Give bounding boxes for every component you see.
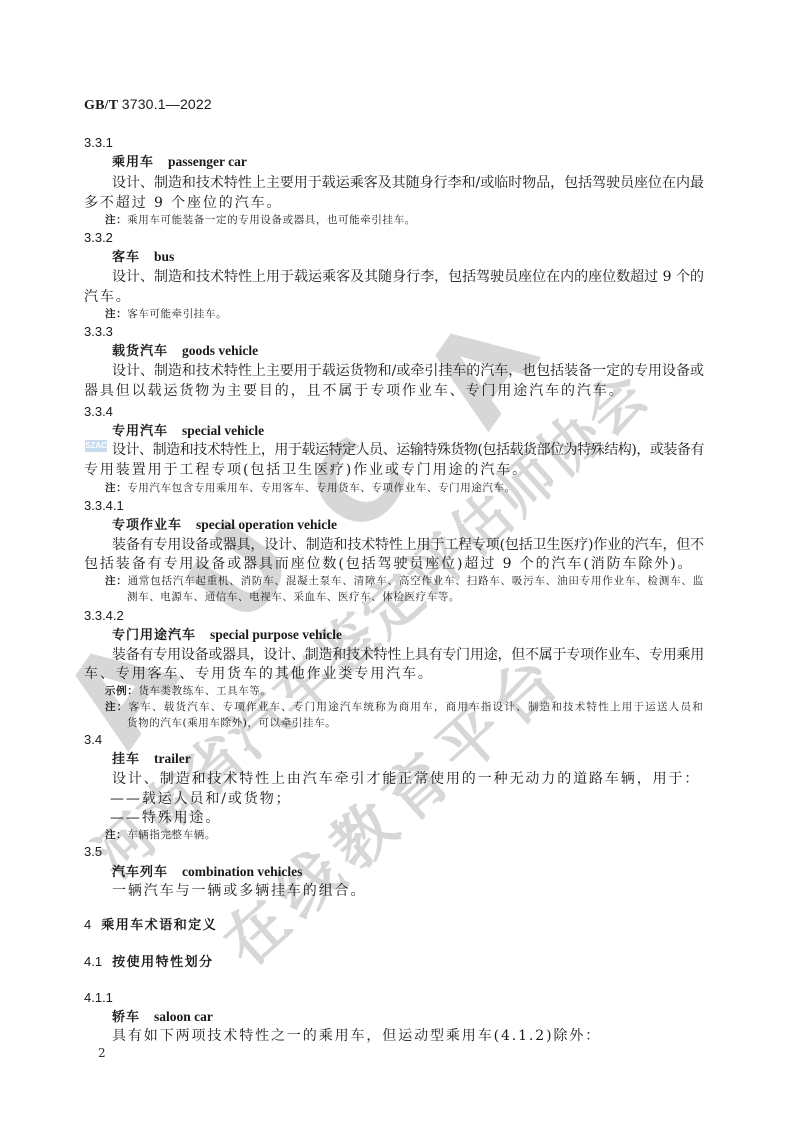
note-continuation: 货物的汽车(乘用车除外)，可以牵引挂车。 [127, 718, 336, 729]
definition-text: 具有如下两项技术特性之一的乘用车，但运动型乘用车(4.1.2)除外： [112, 1029, 601, 1043]
definition-text: 包括装备有专用设备或器具而座位数(包括驾驶员座位)超过 9 个的汽车(消防车除外… [84, 557, 693, 571]
clause-number: 3.3.3 [84, 325, 113, 338]
note-label: 注： [105, 308, 127, 320]
note: 注：客车、载货汽车、专项作业车、专门用途汽车统称为商用车，商用车指设计、制造和技… [105, 702, 704, 713]
term-en: bus [154, 249, 174, 264]
definition-text: 一辆汽车与一辆或多辆挂车的组合。 [112, 884, 366, 898]
definition-text: 设计、制造和技术特性上主要用于载运货物和/或牵引挂车的汽车，也包括装备一定的专用… [112, 364, 704, 378]
term-heading: 乘用车passenger car [112, 155, 247, 169]
chapter-heading: 4乘用车术语和定义 [84, 918, 217, 932]
page-number: 2 [98, 1047, 106, 1059]
term-zh: 专门用途汽车 [112, 628, 196, 643]
note: 注：专用汽车包含专用乘用车、专用客车、专用货车、专项作业车、专门用途汽车。 [105, 483, 516, 494]
definition-text: 汽车。 [84, 290, 132, 304]
document-page: A U C A 河南省汽车鉴定评估师协会 在线教育平台 SZAC GB/T 37… [0, 0, 800, 1131]
note: 注：客车可能牵引挂车。 [105, 309, 227, 320]
term-zh: 客车 [112, 250, 140, 265]
clause-number: 3.4 [84, 733, 102, 746]
definition-text: 多不超过 9 个座位的汽车。 [84, 196, 282, 210]
definition-text: 器具但以载运货物为主要目的，且不属于专项作业车、专门用途汽车的汽车。 [84, 384, 625, 398]
clause-number: 3.3.2 [84, 231, 113, 244]
term-heading: 专项作业车special operation vehicle [112, 518, 337, 532]
term-heading: 专用汽车special vehicle [112, 424, 264, 438]
example: 示例：货车类教练车、工具车等。 [105, 686, 272, 697]
standard-number: 3730.1—2022 [122, 96, 212, 112]
term-en: trailer [154, 751, 191, 766]
note-label: 注： [105, 482, 127, 494]
term-heading: 轿车saloon car [112, 1010, 213, 1024]
example-text: 货车类教练车、工具车等。 [138, 685, 271, 697]
term-heading: 专门用途汽车special purpose vehicle [112, 628, 342, 642]
definition-text: 设计、制造和技术特性上用于载运乘客及其随身行李，包括驾驶员座位在内的座位数超过 … [112, 270, 704, 284]
standard-id: GB/T 3730.1—2022 [84, 97, 212, 113]
term-en: passenger car [168, 154, 247, 169]
term-zh: 专项作业车 [112, 518, 182, 533]
term-heading: 客车bus [112, 250, 174, 264]
standard-prefix: GB/T [84, 98, 118, 113]
clause-number: 4.1.1 [84, 991, 113, 1004]
definition-text: 装备有专用设备或器具，设计、制造和技术特性上用于工程专项(包括卫生医疗)作业的汽… [112, 538, 704, 552]
note-text: 专用汽车包含专用乘用车、专用客车、专用货车、专项作业车、专门用途汽车。 [127, 482, 516, 494]
term-zh: 专用汽车 [112, 424, 168, 439]
szac-logo: SZAC [85, 440, 107, 452]
note-label: 注： [105, 214, 127, 226]
subchapter-title: 按使用特性划分 [112, 955, 214, 970]
clause-number: 3.3.1 [84, 136, 113, 149]
term-en: special operation vehicle [196, 517, 337, 532]
note-text: 客车、载货汽车、专项作业车、专门用途汽车统称为商用车，商用车指设计、制造和技术特… [129, 701, 705, 713]
definition-text: 设计、制造和技术特性上，用于载运特定人员、运输特殊货物(包括载货部位为特殊结构)… [112, 443, 704, 457]
note-text: 客车可能牵引挂车。 [127, 308, 227, 320]
definition-text: 装备有专用设备或器具，设计、制造和技术特性上具有专门用途，但不属于专项作业车、专… [112, 648, 704, 662]
clause-number: 3.3.4 [84, 405, 113, 418]
definition-text: 设计、制造和技术特性上由汽车牵引才能正常使用的一种无动力的道路车辆，用于： [112, 772, 700, 786]
note-continuation: 测车、电源车、通信车、电视车、采血车、医疗车、体检医疗车等。 [127, 592, 460, 603]
term-zh: 挂车 [112, 752, 140, 767]
chapter-title: 乘用车术语和定义 [101, 918, 217, 933]
term-heading: 汽车列车combination vehicles [112, 865, 302, 879]
term-zh: 乘用车 [112, 155, 154, 170]
definition-text: 车、专用客车、专用货车的其他作业类专用汽车。 [84, 667, 434, 681]
note-label: 注： [105, 575, 128, 587]
list-item: ——载运人员和/或货物； [110, 792, 292, 806]
chapter-number: 4 [84, 917, 91, 932]
clause-number: 3.3.4.1 [84, 499, 124, 512]
example-label: 示例： [105, 685, 138, 697]
term-heading: 载货汽车goods vehicle [112, 344, 258, 358]
subchapter-number: 4.1 [84, 954, 102, 969]
term-en: saloon car [154, 1009, 213, 1024]
term-heading: 挂车trailer [112, 752, 191, 766]
note: 注：车辆指完整车辆。 [105, 830, 216, 841]
note: 注：通常包括汽车起重机、消防车、混凝土泵车、清障车、高空作业车、扫路车、吸污车、… [105, 576, 704, 587]
term-zh: 载货汽车 [112, 344, 168, 359]
term-en: combination vehicles [182, 864, 302, 879]
note-text: 乘用车可能装备一定的专用设备或器具，也可能牵引挂车。 [127, 214, 416, 226]
note-label: 注： [105, 701, 129, 713]
term-en: special vehicle [182, 423, 264, 438]
subchapter-heading: 4.1按使用特性划分 [84, 955, 214, 969]
list-item: ——特殊用途。 [110, 811, 221, 825]
term-zh: 轿车 [112, 1010, 140, 1025]
term-en: special purpose vehicle [210, 627, 342, 642]
definition-text: 专用装置用于工程专项(包括卫生医疗)作业或专门用途的汽车。 [84, 463, 528, 477]
note-text: 通常包括汽车起重机、消防车、混凝土泵车、清障车、高空作业车、扫路车、吸污车、油田… [128, 575, 704, 587]
clause-number: 3.3.4.2 [84, 609, 124, 622]
note-text: 车辆指完整车辆。 [127, 829, 216, 841]
term-en: goods vehicle [182, 343, 258, 358]
note-label: 注： [105, 829, 127, 841]
term-zh: 汽车列车 [112, 865, 168, 880]
clause-number: 3.5 [84, 845, 102, 858]
note: 注：乘用车可能装备一定的专用设备或器具，也可能牵引挂车。 [105, 215, 416, 226]
definition-text: 设计、制造和技术特性上主要用于载运乘客及其随身行李和/或临时物品，包括驾驶员座位… [112, 176, 704, 190]
